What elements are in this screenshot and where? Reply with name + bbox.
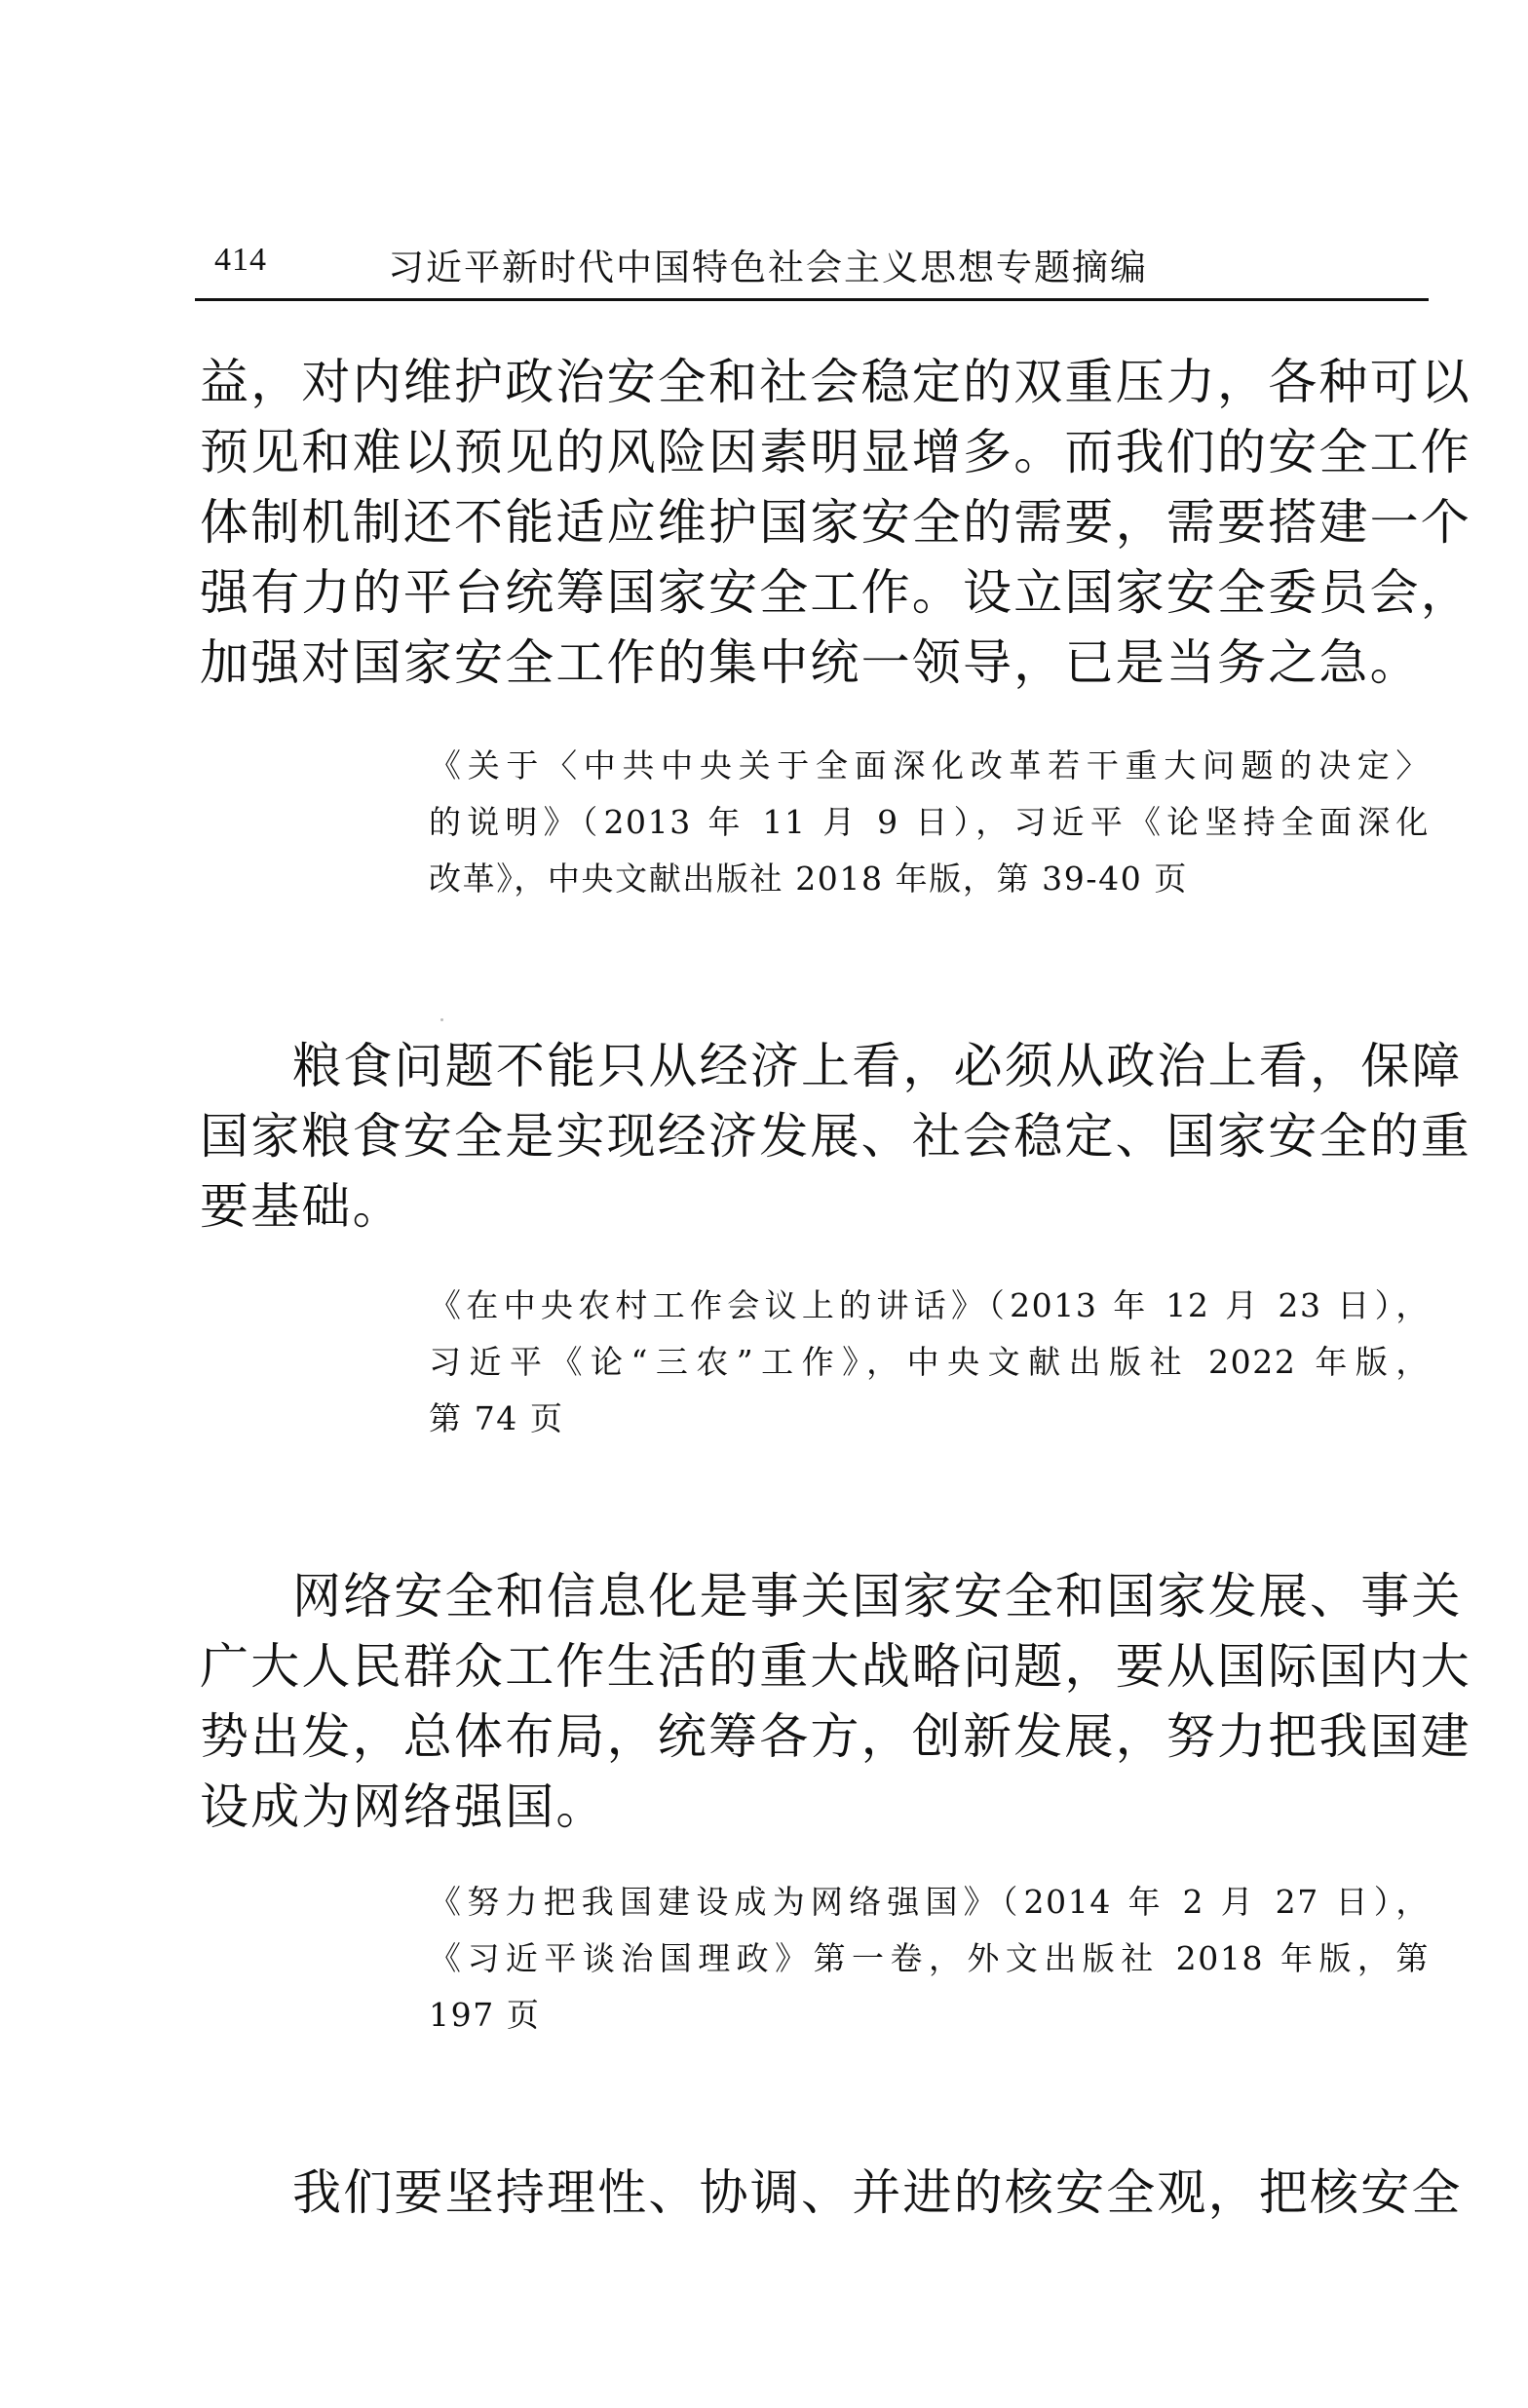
body-text-line: 国家粮食安全是实现经济发展、社会稳定、国家安全的重: [200, 1107, 1430, 1166]
body-text-line: 设成为网络强国。: [200, 1777, 1430, 1836]
citation-line: 197 页: [429, 1994, 1430, 2037]
citation-line: 习近平《论“三农”工作》，中央文献出版社 2022 年版，: [429, 1341, 1430, 1384]
citation-line: 的说明》（2013 年 11 月 9 日），习近平《论坚持全面深化: [429, 801, 1430, 844]
body-text-line: 强有力的平台统筹国家安全工作。设立国家安全委员会，: [200, 563, 1430, 622]
citation-line: 《习近平谈治国理政》第一卷，外文出版社 2018 年版，第: [429, 1937, 1430, 1980]
body-text-line: 加强对国家安全工作的集中统一领导，已是当务之急。: [200, 633, 1430, 692]
citation-line: 《关于〈中共中央关于全面深化改革若干重大问题的决定〉: [429, 745, 1430, 787]
citation-line: 改革》，中央文献出版社 2018 年版，第 39-40 页: [429, 858, 1430, 900]
body-text-line: 粮食问题不能只从经济上看，必须从政治上看，保障: [292, 1037, 1430, 1095]
body-text-line: 我们要坚持理性、协调、并进的核安全观，把核安全: [292, 2163, 1430, 2222]
body-text-line: 要基础。: [200, 1177, 1430, 1236]
page-number: 414: [214, 242, 267, 279]
scan-artifact-dot: [440, 1018, 443, 1021]
header-divider: [195, 298, 1429, 301]
body-text-line: 广大人民群众工作生活的重大战略问题，要从国际国内大: [200, 1637, 1430, 1696]
body-text-line: 势出发，总体布局，统筹各方，创新发展，努力把我国建: [200, 1707, 1430, 1766]
citation-line: 第 74 页: [429, 1397, 1430, 1440]
citation-line: 《努力把我国建设成为网络强国》（2014 年 2 月 27 日），: [429, 1881, 1430, 1924]
body-text-line: 预见和难以预见的风险因素明显增多。而我们的安全工作: [200, 423, 1430, 481]
citation-line: 《在中央农村工作会议上的讲话》（2013 年 12 月 23 日），: [429, 1284, 1430, 1327]
running-header-title: 习近平新时代中国特色社会主义思想专题摘编: [388, 238, 1148, 290]
body-text-line: 益，对内维护政治安全和社会稳定的双重压力，各种可以: [200, 353, 1430, 411]
body-text-line: 体制机制还不能适应维护国家安全的需要，需要搭建一个: [200, 493, 1430, 552]
body-text-line: 网络安全和信息化是事关国家安全和国家发展、事关: [292, 1567, 1430, 1625]
